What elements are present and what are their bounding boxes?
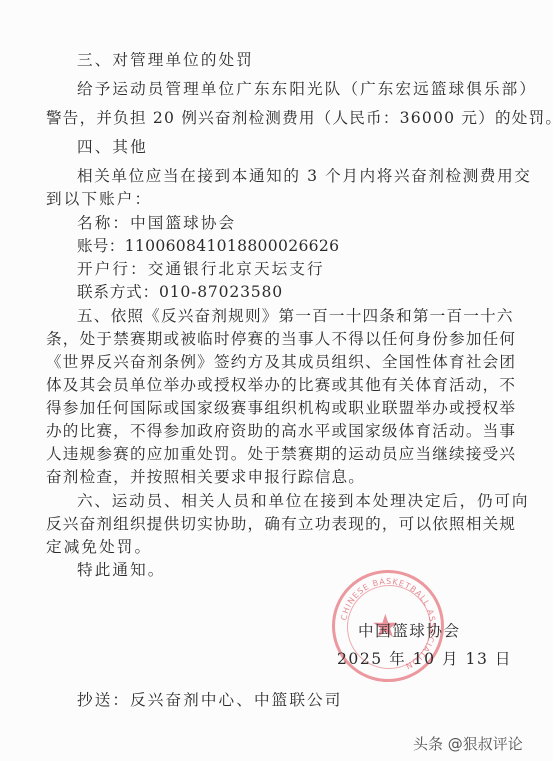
account-name: 名称：中国篮球协会 <box>77 213 236 233</box>
signature-org: 中国篮球协会 <box>358 619 461 641</box>
contact-info: 联系方式：010-87023580 <box>77 282 283 302</box>
cc-line: 抄送：反兴奋剂中心、中篮联公司 <box>77 690 342 710</box>
paragraph-line: 给予运动员管理单位广东东阳光队（广东宏远篮球俱乐部） <box>77 79 537 99</box>
paragraph-line: 警告，并负担 20 例兴奋剂检测费用（人民币：36000 元）的处罚。 <box>46 108 553 128</box>
paragraph-line: 相关单位应当在接到本通知的 3 个月内将兴奋剂检测费用交 <box>77 166 531 186</box>
paragraph-line: 人违规参赛的应加重处罚。处于禁赛期的运动员应当继续接受兴 <box>46 444 516 464</box>
paragraph-line: 定减免处罚。 <box>46 537 152 557</box>
watermark: 头条 @狠叔评论 <box>413 733 523 754</box>
section-6-heading: 六、运动员、相关人员和单位在接到本处理决定后，仍可向 <box>77 491 529 511</box>
account-bank: 开户行：交通银行北京天坛支行 <box>77 259 325 279</box>
section-4-heading: 四、其他 <box>77 137 148 157</box>
paragraph-line: 到以下账户： <box>46 189 152 209</box>
section-5-heading: 五、依照《反兴奋剂规则》第一百一十四条和第一百一十六 <box>77 306 514 326</box>
paragraph-line: 得参加任何国际或国家级赛事组织机构或职业联盟举办或授权举 <box>46 398 516 418</box>
paragraph-line: 条，处于禁赛期或被临时停赛的当事人不得以任何身份参加任何 <box>46 329 516 349</box>
paragraph-line: 办的比赛，不得参加政府资助的高水平或国家级体育活动。当事 <box>46 421 516 441</box>
account-number: 账号：11006084101880002662​6 <box>77 236 339 256</box>
paragraph-line: 奋剂检查，并按照相关要求申报行踪信息。 <box>46 467 365 487</box>
document-page: 三、对管理单位的处罚 给予运动员管理单位广东东阳光队（广东宏远篮球俱乐部） 警告… <box>0 0 553 761</box>
paragraph-line: 反兴奋剂组织提供切实协助，确有立功表现的，可以依照相关规 <box>46 514 516 534</box>
paragraph-line: 体及其会员单位举办或授权举办的比赛或其他有关体育活动，不 <box>46 375 516 395</box>
signature-date: 2025 年 10 月 13 日 <box>337 647 512 669</box>
section-3-heading: 三、对管理单位的处罚 <box>77 50 254 70</box>
closing-line: 特此通知。 <box>77 560 165 580</box>
paragraph-line: 《世界反兴奋剂条例》签约方及其成员组织、全国性体育社会团 <box>46 352 516 372</box>
